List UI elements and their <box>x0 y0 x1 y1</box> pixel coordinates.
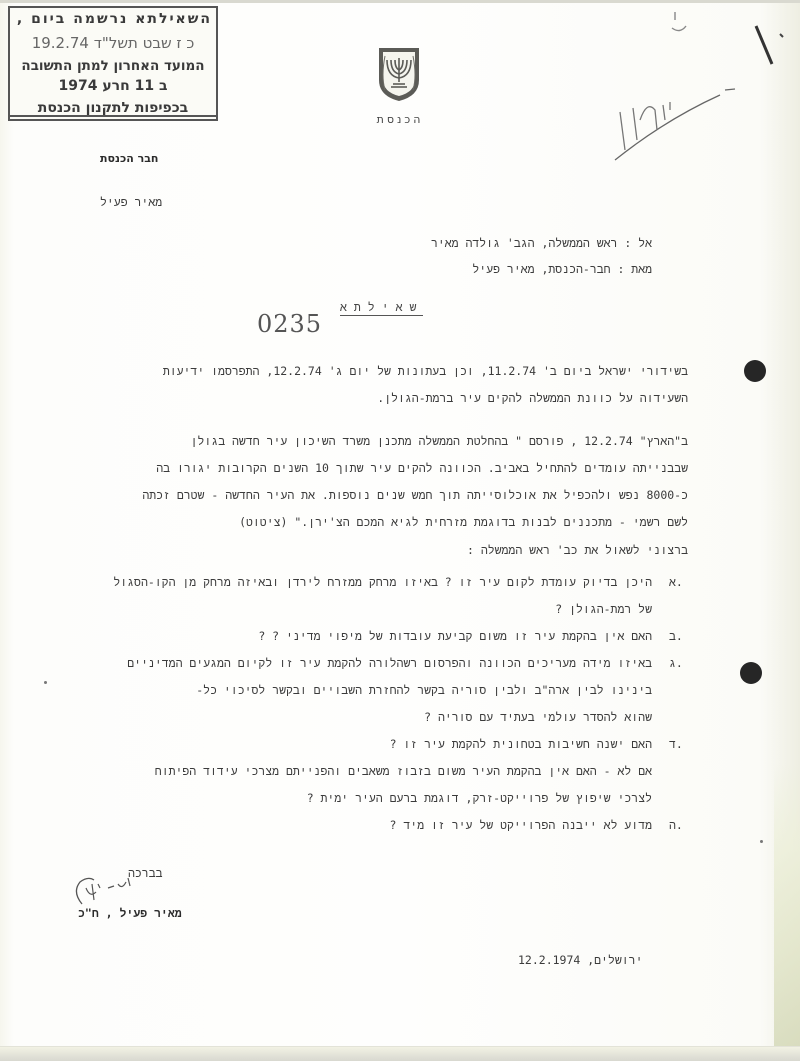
question-d-line-2: אם לא - האם אין בהקמת העיר משום בזבוז מש… <box>155 764 652 779</box>
stamp-rule <box>10 115 216 117</box>
page-stain-edge <box>774 0 800 1061</box>
stamp-line-rules: בכפיפות לתקנון הכנסת <box>14 100 212 116</box>
document-number: 0235 <box>257 310 322 338</box>
questions-intro: ברצוני לשאול את כב' ראש הממשלה : <box>467 543 688 558</box>
handwritten-mark-icon <box>670 8 700 34</box>
paragraph-1-line-1: בשידורי ישראל ביום ב' 11.2.74, וכן בעתונ… <box>163 364 688 379</box>
sender-name: מאיר פעיל <box>100 195 162 210</box>
question-marker-a: א. <box>669 575 683 590</box>
paragraph-1-line-2: השעידוה על כוונת הממשלה להקים עיר ברמת-ה… <box>377 391 688 406</box>
question-marker-c: ג. <box>669 656 683 671</box>
paragraph-2-line-3: כ-8000 נפש ולהכפיל את אוכלוסייתה תוך חמש… <box>142 488 688 503</box>
paragraph-2-line-1: ב"הארץ" 12.2.74 , פורסם " בהחלטת הממשלה … <box>191 434 688 449</box>
question-c-line-2: בינינו לבין ארה"ב ולבין סוריה בקשר להחזר… <box>196 683 652 698</box>
question-c-line-3: שהוא להסדר עולמי בעתיד עם סוריה ? <box>424 710 652 725</box>
stamp-line-deadline-date: ב 11 חרע 1974 <box>14 78 212 94</box>
scanned-page: השאילתא נרשמה ביום , כ ז שבט תשל"ד 19.2.… <box>0 0 800 1061</box>
question-d-line-3: לצרכי שיפוץ של פרוייקט-זרק, דוגמת ברעם ה… <box>307 791 652 806</box>
punch-hole-top <box>744 360 766 382</box>
question-c-line-1: באיזו מידה מעריכים הכוונה והפרסום רשהלור… <box>127 656 652 671</box>
emblem-caption: הכנסת <box>365 113 435 126</box>
address-to: אל : ראש הממשלה, הגב' גולדה מאיר <box>431 236 652 251</box>
document-heading: שאילתא <box>340 300 423 316</box>
sender-title: חבר הכנסת <box>100 152 158 165</box>
margin-dot <box>44 681 47 684</box>
checkmark-icon <box>750 20 790 70</box>
question-e-line-1: מדוע לא ייבנה הפרוייקט של עיר זו מיד ? <box>390 818 652 833</box>
margin-dot <box>760 840 763 843</box>
stamp-line-date: כ ז שבט תשל"ד 19.2.74 <box>14 34 212 52</box>
signatory-name: מאיר פעיל , ח"כ <box>78 906 182 921</box>
question-marker-d: ד. <box>669 737 683 752</box>
page-bottom-edge <box>0 1046 800 1061</box>
registration-stamp: השאילתא נרשמה ביום , כ ז שבט תשל"ד 19.2.… <box>8 6 218 121</box>
stamp-line-deadline-label: המועד האחרון למתן התשובה <box>14 58 212 74</box>
question-marker-e: ה. <box>669 818 683 833</box>
address-from: מאת : חבר-הכנסת, מאיר פעיל <box>472 262 652 277</box>
question-a-line-2: של רמת-הגולן ? <box>555 602 652 617</box>
page-top-edge <box>0 0 800 3</box>
paragraph-2-line-4: לשם רשמי - מתכננים לבנות בדוגמת מזרחית ל… <box>239 515 688 530</box>
question-a-line-1: היכן בדיוק עומדת לקום עיר זו ? באיזו מרח… <box>113 575 652 590</box>
question-marker-b: ב. <box>669 629 683 644</box>
handwritten-note-icon <box>585 60 745 170</box>
menorah-emblem-icon <box>376 46 422 102</box>
stamp-line-registered: השאילתא נרשמה ביום , <box>14 11 212 27</box>
paragraph-2-line-2: שבבנייתה עומדים להתחיל באביב. הכוונה להק… <box>156 461 688 476</box>
punch-hole-bottom <box>740 662 762 684</box>
place-and-date: ירושלים, 12.2.1974 <box>518 953 642 968</box>
question-d-line-1: האם ישנה חשיבות בטחונית להקמת עיר זו ? <box>390 737 652 752</box>
signature-icon <box>68 874 138 910</box>
question-b-line-1: האם אין בהקמת עיר זו משום קביעת עובדות ש… <box>258 629 652 644</box>
